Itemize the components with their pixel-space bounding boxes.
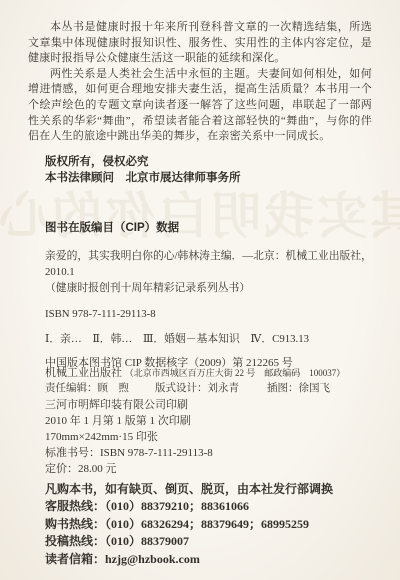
legal-counsel-line: 本书法律顾问 北京市展达律师事务所 (45, 171, 241, 187)
cip-title-line: 亲爱的，其实我明白你的心/韩林涛主编．—北京：机械工业出版社，2010.1 (45, 248, 378, 280)
intro-section: 本丛书是健康时报十年来所刊登科普文章的一次精选结集，所选文章集中体现健康时报知识… (28, 20, 372, 145)
rights-section: 版权所有，侵权必究 本书法律顾问 北京市展达律师事务所 (45, 155, 241, 186)
edition-line: 2010 年 1 月第 1 版第 1 次印刷 (45, 413, 382, 429)
editor-credits-row: 责任编辑：顾 煦 版式设计：刘永青 插图：徐国飞 (45, 381, 382, 397)
service-section: 凡购本书，如有缺页、倒页、脱页，由本社发行部调换 客服热线：（010）88379… (45, 481, 382, 568)
purchase-hotline: 购书热线：（010）68326294；88379649；68995259 (45, 516, 382, 533)
customer-service-hotline: 客服热线：（010）88379210；88361066 (45, 498, 382, 515)
cip-classification-line: Ⅰ．亲… Ⅱ．韩… Ⅲ．婚姻－基本知识 Ⅳ．C913.13 (45, 331, 378, 347)
rights-notice: 版权所有，侵权必究 (45, 155, 241, 171)
cip-series-line: （健康时报创刊十周年精彩记录系列丛书） (45, 280, 378, 296)
responsibility-editor: 责任编辑：顾 煦 (45, 381, 129, 397)
illustrator: 插图：徐国飞 (267, 381, 330, 397)
format-line: 170mm×242mm·15 印张 (45, 429, 382, 445)
cip-isbn-line: ISBN 978-7-111-29113-8 (45, 306, 378, 322)
intro-paragraph-2: 两性关系是人类社会生活中永恒的主题。夫妻间如何相处，如何增进情感，如何更合理地安… (28, 67, 372, 145)
publication-section: 机械工业出版社 （北京市西城区百万庄大街 22 号 邮政编码 100037） 责… (45, 365, 382, 477)
layout-designer: 版式设计：刘永青 (155, 381, 239, 397)
submission-hotline: 投稿热线：（010）88379007 (45, 533, 382, 550)
publisher-line: 机械工业出版社 （北京市西城区百万庄大街 22 号 邮政编码 100037） (45, 365, 382, 381)
price-line: 定价：28.00 元 (45, 461, 382, 477)
cip-section: 图书在版编目（CIP）数据 亲爱的，其实我明白你的心/韩林涛主编．—北京：机械工… (45, 220, 378, 371)
intro-paragraph-1: 本丛书是健康时报十年来所刊登科普文章的一次精选结集，所选文章集中体现健康时报知识… (28, 20, 372, 67)
reader-email: 读者信箱：hzjg@hzbook.com (45, 551, 382, 568)
publisher-address: （北京市西城区百万庄大街 22 号 邮政编码 100037） (125, 368, 346, 378)
publisher-name: 机械工业出版社 (45, 367, 122, 379)
replacement-notice: 凡购本书，如有缺页、倒页、脱页，由本社发行部调换 (45, 481, 382, 498)
cip-heading: 图书在版编目（CIP）数据 (45, 220, 378, 236)
printer-line: 三河市明辉印装有限公司印刷 (45, 397, 382, 413)
copyright-page: 其实我明白你的心 本丛书是健康时报十年来所刊登科普文章的一次精选结集，所选文章集… (0, 0, 400, 580)
standard-number-line: 标准书号：ISBN 978-7-111-29113-8 (45, 445, 382, 461)
